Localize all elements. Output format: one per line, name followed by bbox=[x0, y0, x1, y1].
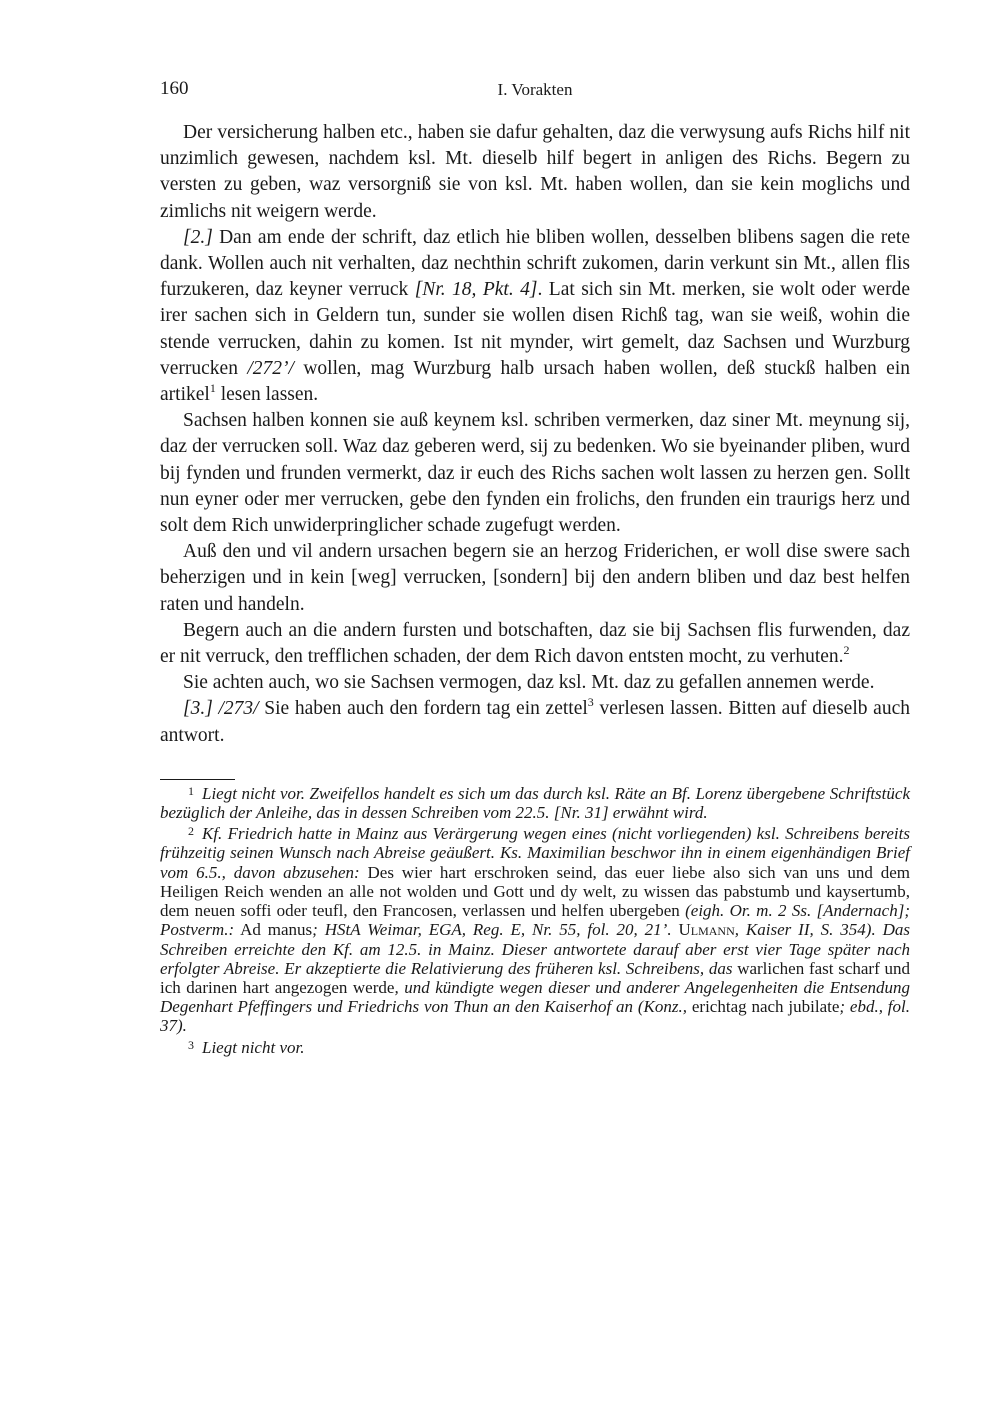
footnote-separator bbox=[160, 779, 235, 780]
section-label: [3.] /273/ bbox=[183, 698, 259, 719]
paragraph-7: [3.] /273/ Sie haben auch den fordern ta… bbox=[160, 696, 910, 748]
footnote-number: 2 bbox=[188, 824, 194, 838]
paragraph-6: Sie achten auch, wo sie Sachsen vermogen… bbox=[160, 670, 910, 696]
main-text: Der versicherung halben etc., haben sie … bbox=[160, 120, 910, 749]
paragraph-2: [2.] Dan am ende der schrift, daz etlich… bbox=[160, 225, 910, 408]
folio-marker: /272’/ bbox=[247, 358, 294, 379]
footnotes: 1Liegt nicht vor. Zweifellos handelt es … bbox=[160, 782, 910, 1057]
footnote-number: 1 bbox=[188, 784, 194, 798]
paragraph-3: Sachsen halben konnen sie auß keynem ksl… bbox=[160, 408, 910, 539]
paragraph-1: Der versicherung halben etc., haben sie … bbox=[160, 120, 910, 225]
footnote-1: 1Liegt nicht vor. Zweifellos handelt es … bbox=[160, 782, 910, 822]
paragraph-5: Begern auch an die andern fursten und bo… bbox=[160, 618, 910, 670]
cross-reference: [Nr. 18, Pkt. 4] bbox=[415, 279, 538, 300]
footnote-2: 2Kf. Friedrich hatte in Mainz aus Verärg… bbox=[160, 822, 910, 1035]
paragraph-4: Auß den und vil andern ursachen begern s… bbox=[160, 539, 910, 618]
document-page: 160 I. Vorakten Der versicherung halben … bbox=[160, 78, 910, 1057]
footnote-3: 3Liegt nicht vor. bbox=[160, 1036, 910, 1057]
footnote-ref-2[interactable]: 2 bbox=[844, 643, 850, 657]
section-label: [2.] bbox=[183, 227, 213, 248]
author-name: Ulmann bbox=[678, 920, 734, 939]
footnote-number: 3 bbox=[188, 1038, 194, 1052]
running-head: 160 I. Vorakten bbox=[160, 78, 910, 108]
section-title: I. Vorakten bbox=[160, 80, 910, 100]
